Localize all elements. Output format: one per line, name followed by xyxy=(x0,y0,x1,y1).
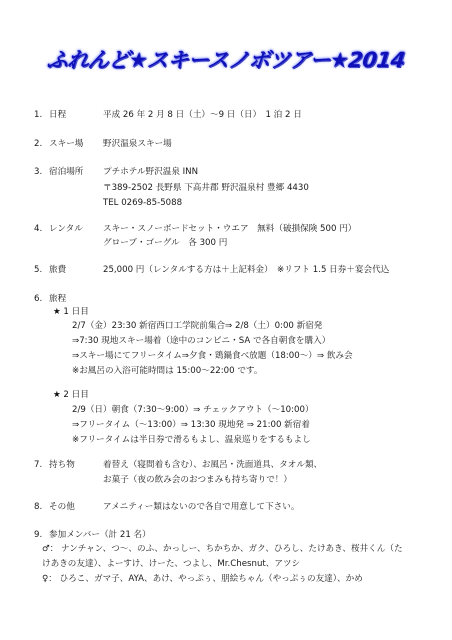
item-label: 宿泊場所 xyxy=(49,165,83,179)
day2-line: 2/9（日）朝食（7:30〜9:00）⇒ チェックアウト（〜10:00） xyxy=(72,403,314,417)
item-number: 2. xyxy=(34,137,48,151)
item-label: 参加メンバー（計 21 名） xyxy=(49,528,151,542)
rental-extra: グローブ・ゴーグル 各 300 円 xyxy=(103,236,227,250)
item-number: 8. xyxy=(34,500,48,514)
item-number: 5. xyxy=(34,263,48,277)
belongings-extra: お菓子（夜の飲み会のおつまみも持ち寄りで！） xyxy=(103,473,292,487)
item-number: 1. xyxy=(34,108,48,122)
day2-note: ※フリータイムは半日券で滑るもよし、温泉巡りをするもよし xyxy=(72,433,311,447)
item-label: 日程 xyxy=(49,108,66,122)
item-value: スキー・スノーボードセット・ウエア 無料（破損保険 500 円） xyxy=(103,222,356,236)
item-value: アメニティー類はないので各自で用意して下さい。 xyxy=(103,500,299,514)
day1-line: 2/7（金）23:30 新宿西口工学院前集合⇒ 2/8（土）0:00 新宿発 xyxy=(72,319,322,333)
lodging-address: 〒389-2502 長野県 下高井郡 野沢温泉村 豊郷 4430 xyxy=(103,181,309,195)
day1-line: ⇒スキー場にてフリータイム⇒夕食・鶏鍋食べ放題（18:00〜）⇒ 飲み会 xyxy=(72,349,353,363)
item-value: 野沢温泉スキー場 xyxy=(103,137,172,151)
item-number: 7. xyxy=(34,458,48,472)
item-number: 6. xyxy=(34,292,48,306)
item-label: 旅程 xyxy=(49,292,66,306)
day2-line: ⇒フリータイム（〜13:00）⇒ 13:30 現地発 ⇒ 21:00 新宿着 xyxy=(72,418,310,432)
item-number: 4. xyxy=(34,222,48,236)
item-value: プチホテル野沢温泉 INN xyxy=(103,165,198,179)
item-label: 持ち物 xyxy=(49,458,75,472)
document-title: ふれんど★スキースノボツアー★2014 xyxy=(0,44,452,74)
item-number: 9. xyxy=(34,528,48,542)
lodging-phone: TEL 0269-85-5088 xyxy=(103,196,182,210)
day1-heading: ★ 1 日目 xyxy=(53,305,89,319)
item-value: 平成 26 年 2 月 8 日（土）〜9 日（日） 1 泊 2 日 xyxy=(103,108,302,122)
item-value: 着替え（寝間着も含む）、お風呂・洗面道具、タオル類、 xyxy=(103,458,322,472)
item-label: スキー場 xyxy=(49,137,83,151)
day1-note: ※お風呂の入浴可能時間は 15:00〜22:00 です。 xyxy=(72,364,262,378)
item-label: レンタル xyxy=(49,222,83,236)
item-value: 25,000 円（レンタルする方は＋上記料金） ※リフト 1.5 日券＋宴会代込 xyxy=(103,263,389,277)
members-male-cont: けあきの友達）、よーすけ、けーた、つよし、Mr.Chesnut、アツシ xyxy=(42,557,300,571)
members-female: ♀： ひろこ、ガマ子、AYA、あけ、やっぷぅ、朋絵ちゃん（やっぷぅの友達）、かめ xyxy=(42,572,363,586)
day2-heading: ★ 2 日目 xyxy=(53,388,89,402)
item-label: その他 xyxy=(49,500,75,514)
item-label: 旅費 xyxy=(49,263,66,277)
item-number: 3. xyxy=(34,165,48,179)
day1-line: ⇒7:30 現地スキー場着（途中のコンビニ・SA で各自朝食を購入） xyxy=(72,334,330,348)
members-male: ♂： ナンチャン、つ〜、のふ、かっしー、ちかちか、ガク、ひろし、たけあき、桜井く… xyxy=(42,542,403,556)
